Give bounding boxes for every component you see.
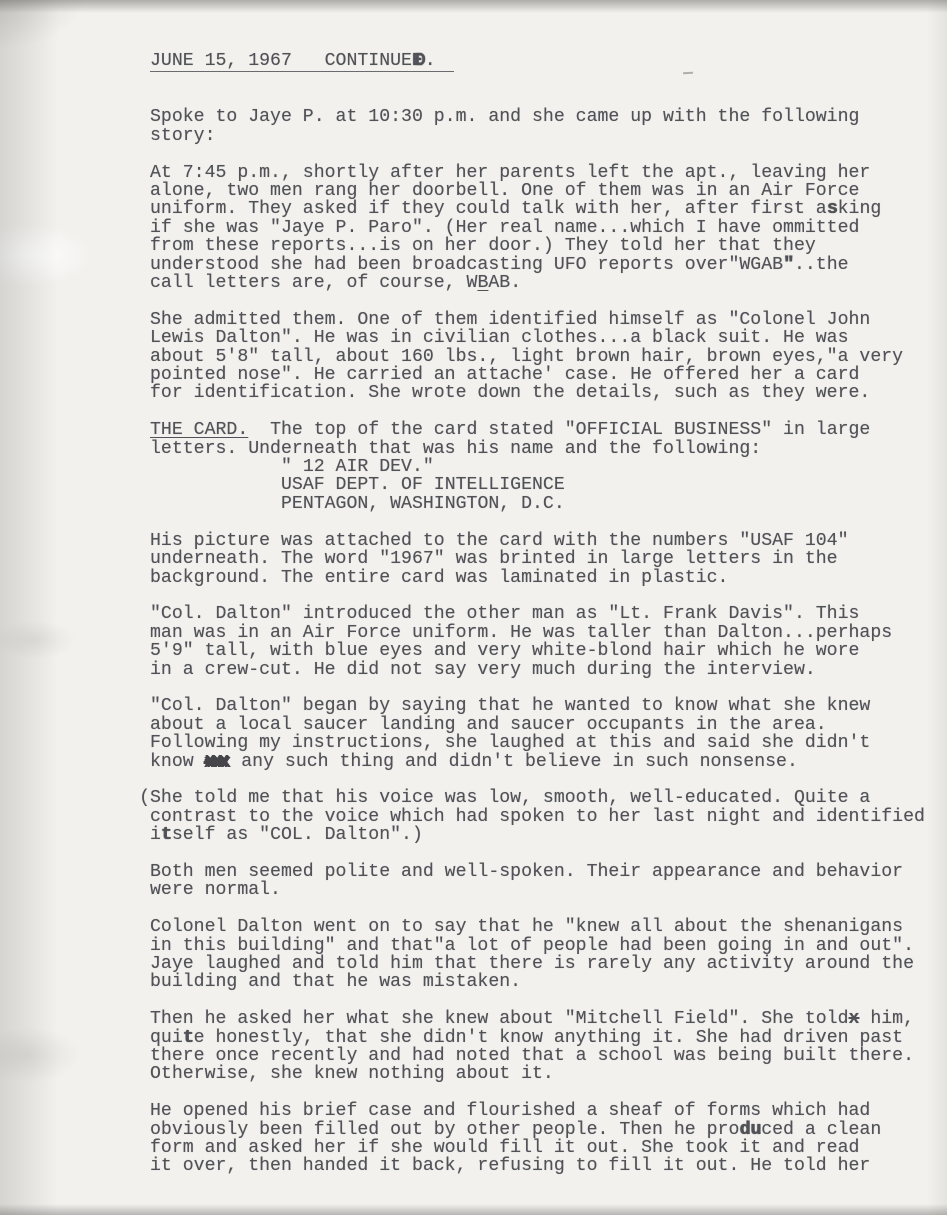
paragraph-questioning: "Col. Dalton" began by saying that he wa… (150, 697, 942, 771)
scanned-document: { "colors": { "paper": "#f2f1ee", "ink":… (0, 0, 947, 1215)
text-segment: king (838, 199, 882, 219)
text-segment: ..the (794, 255, 849, 275)
text-segment: "Col. Dalton" introduced the other man a… (150, 604, 859, 624)
text-segment-overlap: ED (412, 51, 418, 71)
text-segment: Otherwise, she knew nothing about it. (150, 1064, 554, 1084)
text-segment: for identification. She wrote down the d… (150, 383, 870, 403)
text-segment: background. The entire card was laminate… (150, 568, 728, 588)
text-segment: i (150, 825, 161, 845)
text-segment: in a crew-cut. He did not say very much … (150, 660, 816, 680)
text-segment: uniform. They asked if they could talk w… (150, 199, 827, 219)
text-segment: were normal. (150, 880, 281, 900)
text-segment: She admitted them. One of them identifie… (150, 310, 870, 330)
text-segment: man was in an Air Force uniform. He was … (150, 623, 892, 643)
text-segment: 5'9" tall, with blue eyes and very white… (150, 641, 859, 661)
text-segment-over: t (161, 825, 172, 845)
paragraph-forms: He opened his brief case and flourished … (150, 1102, 942, 1176)
text-segment: obviously been filled out by other peopl… (150, 1120, 739, 1140)
text-segment: from these reports...is on her door.) Th… (150, 236, 816, 256)
paragraph-intro: Spoke to Jaye P. at 10:30 p.m. and she c… (150, 108, 942, 145)
paragraph-shenanigans: Colonel Dalton went on to say that he "k… (150, 918, 942, 992)
text-segment: underneath. The word "1967" was brinted … (150, 549, 838, 569)
text-segment: him, (859, 1009, 914, 1029)
paragraph-the-card: THE CARD. The top of the card stated "OF… (150, 421, 942, 513)
text-segment: " 12 AIR DEV." (150, 457, 434, 477)
text-segment: ced a clean (761, 1120, 881, 1140)
text-segment: Spoke to Jaye P. at 10:30 p.m. and she c… (150, 107, 859, 127)
text-segment-u: B (477, 273, 488, 293)
text-segment-over: t (183, 1028, 194, 1048)
text-segment: about 5'8" tall, about 160 lbs., light b… (150, 347, 903, 367)
text-segment: letters. Underneath that was his name an… (150, 439, 761, 459)
text-segment-scribble: xxx (205, 752, 226, 772)
text-segment-u: THE CARD. (150, 420, 248, 440)
text-segment: Jaye laughed and told him that there is … (150, 954, 914, 974)
text-segment-over: s (827, 199, 838, 219)
text-segment: AB. (488, 273, 521, 293)
text-segment: . (425, 51, 436, 71)
text-segment: call letters are, of course, W (150, 273, 477, 293)
text-segment: contrast to the voice which had spoken t… (150, 807, 925, 827)
text-segment: pointed nose". He carried an attache' ca… (150, 365, 859, 385)
text-segment: (She told me that his voice was low, smo… (139, 788, 870, 808)
text-segment: Following my instructions, she laughed a… (150, 733, 870, 753)
paragraph-admittance: She admitted them. One of them identifie… (150, 311, 942, 403)
document-page: JUNE 15, 1967 CONTINUEED.Spoke to Jaye P… (0, 0, 947, 1215)
text-segment: PENTAGON, WASHINGTON, D.C. (150, 494, 565, 514)
paragraph-voice-note: (She told me that his voice was low, smo… (150, 789, 942, 844)
text-segment: Both men seemed polite and well-spoken. … (150, 862, 903, 882)
text-segment: His picture was attached to the card wit… (150, 531, 849, 551)
text-segment-strikex: x (849, 1009, 860, 1029)
text-segment: "Col. Dalton" began by saying that he wa… (150, 696, 870, 716)
text-segment: self as "COL. Dalton".) (172, 825, 423, 845)
paragraph-card-photo: His picture was attached to the card wit… (150, 532, 942, 587)
text-segment: it over, then handed it back, refusing t… (150, 1156, 870, 1176)
text-segment: building and that he was mistaken. (150, 972, 521, 992)
text-segment: know (150, 752, 205, 772)
text-segment: At 7:45 p.m., shortly after her parents … (150, 163, 870, 183)
text-segment: Then he asked her what she knew about "M… (150, 1009, 849, 1029)
text-segment: The top of the card stated "OFFICIAL BUS… (248, 420, 870, 440)
paragraph-demeanor: Both men seemed polite and well-spoken. … (150, 863, 942, 900)
text-segment: He opened his brief case and flourished … (150, 1101, 870, 1121)
text-segment: qui (150, 1028, 183, 1048)
text-segment: JUNE 15, 1967 CONTINUE (150, 51, 412, 71)
text-segment: about a local saucer landing and saucer … (150, 715, 827, 735)
text-segment: Colonel Dalton went on to say that he "k… (150, 917, 903, 937)
text-segment-over: " (783, 255, 794, 275)
text-segment: Lewis Dalton". He was in civilian clothe… (150, 328, 849, 348)
text-segment: there once recently and had noted that a… (150, 1046, 914, 1066)
paragraph-lt-davis: "Col. Dalton" introduced the other man a… (150, 605, 942, 679)
page-heading: JUNE 15, 1967 CONTINUEED. (150, 52, 454, 72)
text-segment: e honestly, that she didn't know anythin… (194, 1028, 903, 1048)
text-segment: understood she had been broadcasting UFO… (150, 255, 783, 275)
text-segment: if she was "Jaye P. Paro". (Her real nam… (150, 218, 859, 238)
text-segment: alone, two men rang her doorbell. One of… (150, 181, 859, 201)
text-segment: story: (150, 126, 216, 146)
paragraph-mitchell-field: Then he asked her what she knew about "M… (150, 1010, 942, 1084)
text-segment: form and asked her if she would fill it … (150, 1138, 859, 1158)
paragraph-visit: At 7:45 p.m., shortly after her parents … (150, 164, 942, 293)
text-segment: USAF DEPT. OF INTELLIGENCE (150, 475, 565, 495)
text-segment: in this building" and that"a lot of peop… (150, 936, 914, 956)
text-segment-over: du (739, 1120, 761, 1140)
text-segment: any such thing and didn't believe in suc… (230, 752, 798, 772)
